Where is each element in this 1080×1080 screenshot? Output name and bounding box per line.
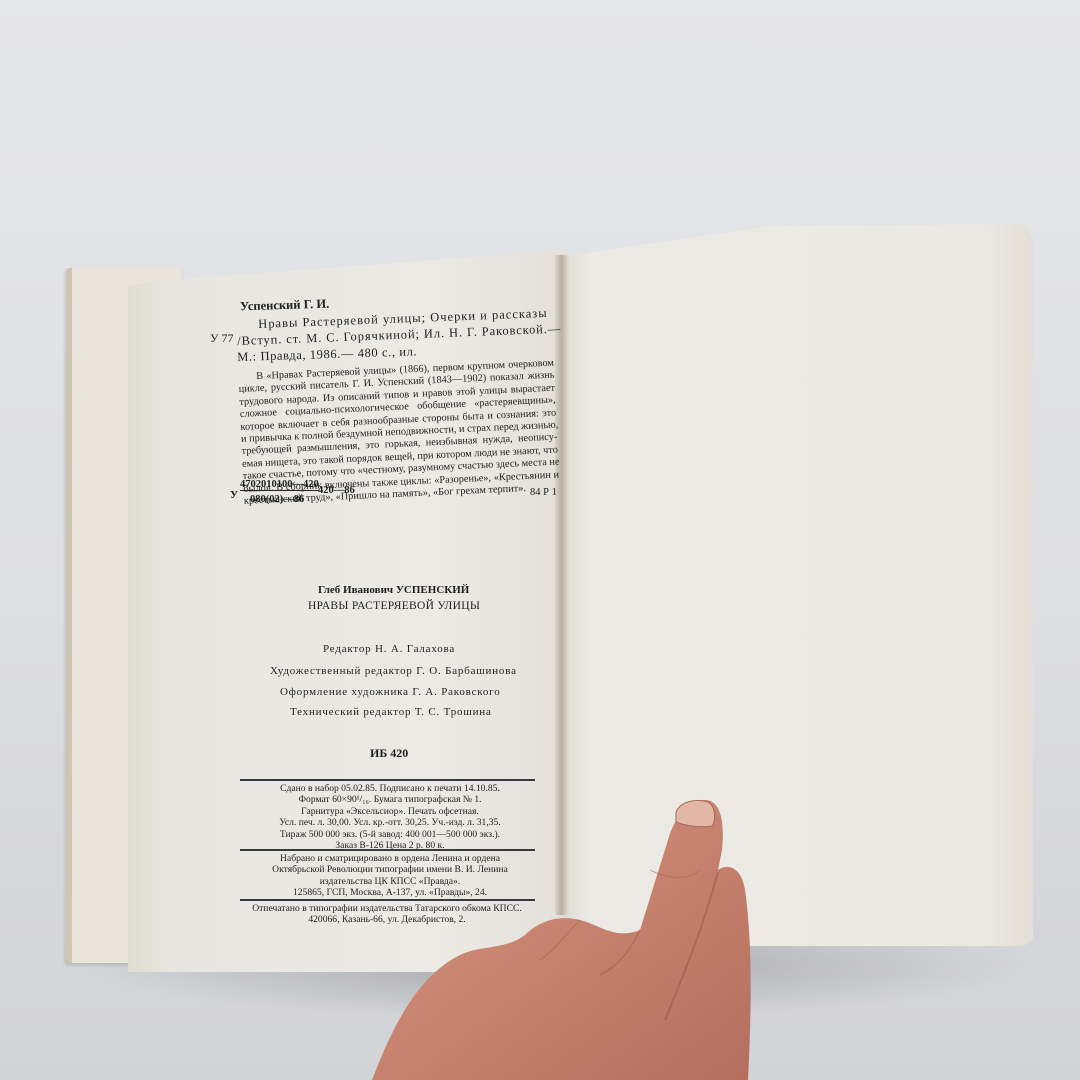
- right-page-blank: [563, 224, 1033, 946]
- index-numerator: 4702010100—420: [240, 479, 319, 491]
- book-gutter: [555, 255, 569, 915]
- credit-editor: Редактор Н. А. Галахова: [323, 643, 455, 655]
- credit-art-editor: Художественный редактор Г. О. Барбашинов…: [270, 665, 517, 677]
- credit-design: Оформление художника Г. А. Раковского: [280, 686, 501, 698]
- print-detail-line: Тираж 500 000 экз. (5-й завод: 400 001—5…: [240, 829, 540, 840]
- index-suffix: 420—86: [318, 485, 355, 496]
- typesetting-info: Набрано и сматрицировано в ордена Ленина…: [240, 853, 540, 899]
- typesetting-line: 125865, ГСП, Москва, А-137, ул. «Правды»…: [240, 887, 540, 898]
- catalog-author-heading: Успенский Г. И.: [240, 297, 330, 315]
- printed-at-line: 420066, Казань-66, ул. Декабристов, 2.: [234, 914, 540, 925]
- typesetting-line: Набрано и сматрицировано в ордена Ленина…: [240, 853, 540, 864]
- index-denominator: 080(02)—86: [250, 494, 304, 505]
- typesetting-line: Октябрьской Революции типографии имени В…: [240, 864, 540, 875]
- bbk-code: 84 Р 1: [530, 487, 557, 498]
- print-details: Сдано в набор 05.02.85. Подписано к печа…: [240, 783, 540, 851]
- print-detail-line: Гарнитура «Эксельсиор». Печать офсетная.: [240, 806, 540, 817]
- divider-2: [240, 849, 535, 851]
- divider-3: [240, 899, 535, 901]
- typesetting-line: издательства ЦК КПСС «Правда».: [240, 876, 540, 887]
- credit-tech-editor: Технический редактор Т. С. Трошина: [290, 706, 492, 718]
- index-prefix: У: [230, 489, 238, 501]
- catalog-call-number: У 77: [210, 331, 234, 346]
- book-title: НРАВЫ РАСТЕРЯЕВОЙ УЛИЦЫ: [308, 600, 480, 612]
- print-detail-line: Формат 60×90¹/₁₆. Бумага типографская № …: [240, 794, 540, 805]
- ib-number: ИБ 420: [370, 746, 408, 761]
- printed-at-info: Отпечатано в типографии издательства Тат…: [234, 903, 540, 926]
- print-detail-line: Сдано в набор 05.02.85. Подписано к печа…: [240, 783, 540, 794]
- divider-1: [240, 779, 535, 781]
- printed-at-line: Отпечатано в типографии издательства Тат…: [234, 903, 540, 914]
- print-detail-line: Усл. печ. л. 30,00. Усл. кр.-отт. 30,25.…: [240, 817, 540, 828]
- book-author-full: Глеб Иванович УСПЕНСКИЙ: [318, 584, 469, 596]
